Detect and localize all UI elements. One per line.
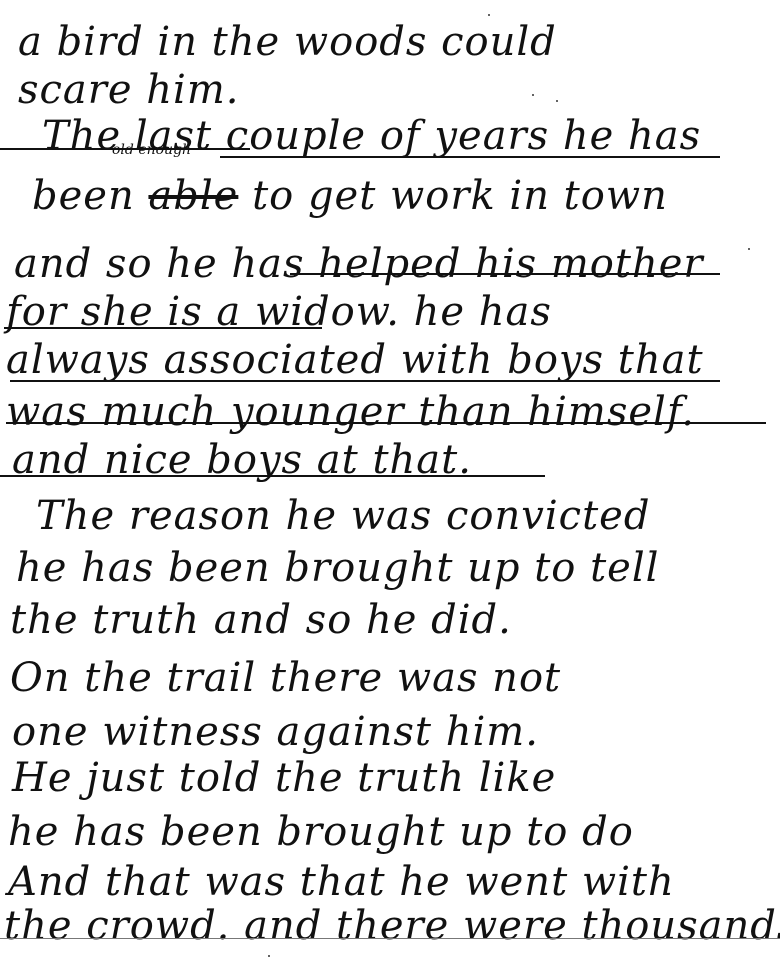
text-line-2: scare him.	[18, 70, 239, 110]
scan-speck	[748, 248, 750, 250]
underline	[4, 327, 322, 329]
underline	[10, 380, 720, 382]
text-line-5: and so he has helped his mother	[14, 244, 704, 284]
scan-speck	[532, 94, 534, 96]
handwritten-page: a bird in the woods could scare him. The…	[0, 0, 780, 963]
text-line-17: And that was that he went with	[8, 862, 675, 902]
text-line-16: he has been brought up to do	[8, 812, 634, 852]
scan-speck	[556, 100, 558, 102]
text-line-6: for she is a widow. he has	[6, 292, 552, 332]
text-line-15: He just told the truth like	[12, 758, 556, 798]
ruled-line	[0, 938, 780, 939]
underline	[0, 475, 545, 477]
text-line-7: always associated with boys that	[6, 340, 704, 380]
scan-speck	[268, 955, 270, 957]
text-line-4: been able to get work in town	[32, 176, 668, 216]
text-line-9: and nice boys at that.	[12, 440, 472, 480]
text-line-14: one witness against him.	[12, 712, 539, 752]
text-line-12: the truth and so he did.	[10, 600, 512, 640]
text-line-10: The reason he was convicted	[36, 496, 650, 536]
crossed-out-word: able	[148, 173, 238, 219]
inserted-correction: old enough	[112, 142, 191, 158]
text-line-4-content: been able to get work in town	[32, 173, 668, 219]
text-line-11: he has been brought up to tell	[16, 548, 659, 588]
text-line-18: the crowd. and there were thousands	[4, 906, 780, 946]
text-line-1: a bird in the woods could	[18, 22, 557, 62]
underline	[290, 273, 720, 275]
underline	[220, 156, 720, 158]
text-line-8: was much younger than himself.	[6, 392, 695, 432]
scan-speck	[488, 14, 490, 16]
text-line-13: On the trail there was not	[10, 658, 561, 698]
underline	[6, 422, 766, 424]
